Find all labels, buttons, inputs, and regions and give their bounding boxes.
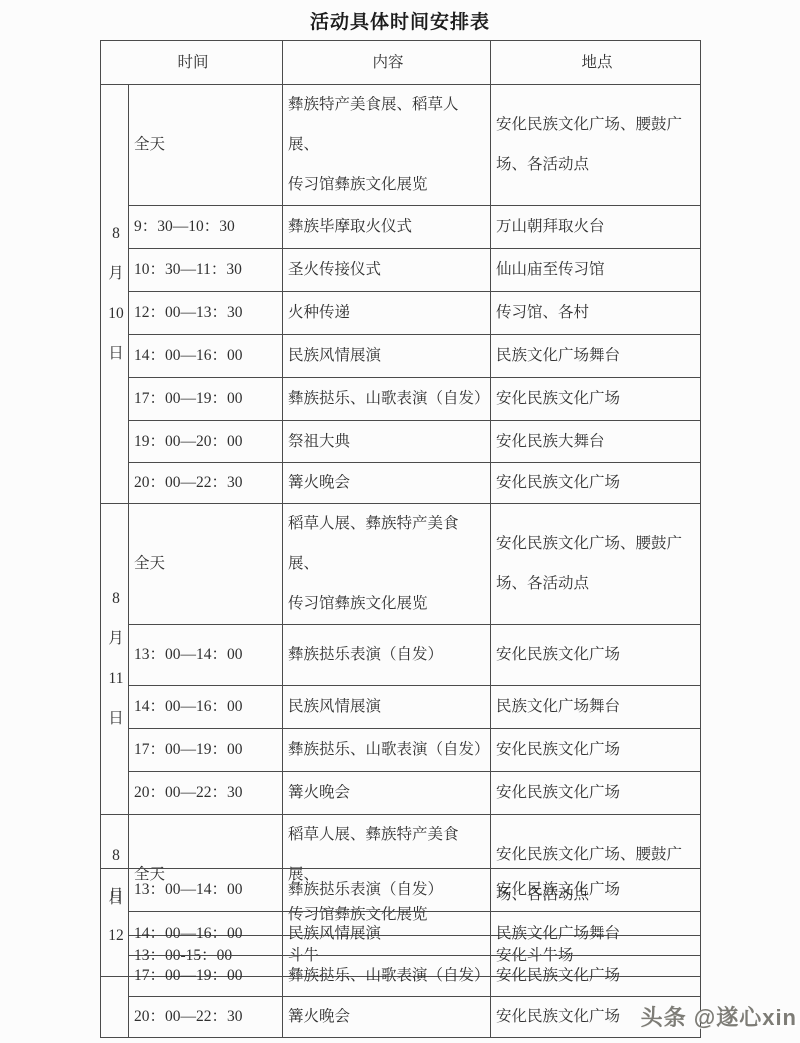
content-cell: 民族风情展演 (283, 686, 491, 729)
location-cell: 民族文化广场舞台 (491, 912, 701, 956)
time-cell: 全天 (129, 85, 283, 206)
location-cell: 安化民族文化广场 (491, 956, 701, 997)
time-cell: 17：00—19：00 (129, 956, 283, 997)
table-row: 17：00—19：00 彝族挞乐、山歌表演（自发） 安化民族文化广场 (101, 378, 701, 421)
location-cell: 安化民族文化广场 (491, 378, 701, 421)
content-cell: 祭祖大典 (283, 421, 491, 463)
content-cell: 篝火晚会 (283, 772, 491, 815)
location-cell: 安化民族文化广场 (491, 869, 701, 912)
table-row: 日 13：00—14：00 彝族挞乐表演（自发） 安化民族文化广场 (101, 869, 701, 912)
table-row: 8 月 11 日 全天 稻草人展、彝族特产美食展、 传习馆彝族文化展览 安化民族… (101, 504, 701, 625)
content-cell: 民族风情展演 (283, 335, 491, 378)
content-cell: 彝族挞乐表演（自发） (283, 869, 491, 912)
content-cell: 篝火晚会 (283, 997, 491, 1038)
location-cell: 安化民族文化广场、腰鼓广 场、各活动点 (491, 504, 701, 625)
time-cell: 13：00—14：00 (129, 869, 283, 912)
location-cell: 仙山庙至传习馆 (491, 249, 701, 292)
table-row: 14：00—16：00 民族风情展演 民族文化广场舞台 (101, 686, 701, 729)
page: 活动具体时间安排表 时间 内容 地点 8 月 10 日 全天 彝族特产美食展、稻… (0, 0, 800, 1043)
table-row: 14：00—16：00 民族风情展演 民族文化广场舞台 (101, 912, 701, 956)
time-cell: 9：30—10：30 (129, 206, 283, 249)
date-cell-continued: 日 (101, 869, 129, 1038)
date-cell-aug11: 8 月 11 日 (101, 504, 129, 815)
header-row: 时间 内容 地点 (101, 41, 701, 85)
table-row: 20：00—22：30 篝火晚会 安化民族文化广场 (101, 772, 701, 815)
location-cell: 民族文化广场舞台 (491, 686, 701, 729)
table-row: 10：30—11：30 圣火传接仪式 仙山庙至传习馆 (101, 249, 701, 292)
content-cell: 彝族挞乐、山歌表演（自发） (283, 956, 491, 997)
location-cell: 安化民族文化广场、腰鼓广 场、各活动点 (491, 85, 701, 206)
time-cell: 14：00—16：00 (129, 912, 283, 956)
time-cell: 20：00—22：30 (129, 997, 283, 1038)
location-cell: 传习馆、各村 (491, 292, 701, 335)
table-row: 19：00—20：00 祭祖大典 安化民族大舞台 (101, 421, 701, 463)
content-cell: 彝族挞乐表演（自发） (283, 625, 491, 686)
time-cell: 14：00—16：00 (129, 335, 283, 378)
schedule-table-part1: 时间 内容 地点 8 月 10 日 全天 彝族特产美食展、稻草人展、 传习馆彝族… (100, 40, 701, 977)
table-row: 9：30—10：30 彝族毕摩取火仪式 万山朝拜取火台 (101, 206, 701, 249)
header-time: 时间 (101, 41, 283, 85)
header-content: 内容 (283, 41, 491, 85)
time-cell: 13：00—14：00 (129, 625, 283, 686)
table-row: 20：00—22：30 篝火晚会 安化民族文化广场 (101, 463, 701, 504)
content-cell: 彝族挞乐、山歌表演（自发） (283, 378, 491, 421)
table-row: 14：00—16：00 民族风情展演 民族文化广场舞台 (101, 335, 701, 378)
location-cell: 安化民族大舞台 (491, 421, 701, 463)
table-row: 13：00—14：00 彝族挞乐表演（自发） 安化民族文化广场 (101, 625, 701, 686)
table-row: 20：00—22：30 篝火晚会 安化民族文化广场 (101, 997, 701, 1038)
location-cell: 民族文化广场舞台 (491, 335, 701, 378)
location-cell: 安化民族文化广场 (491, 729, 701, 772)
time-cell: 14：00—16：00 (129, 686, 283, 729)
location-cell: 安化民族文化广场 (491, 463, 701, 504)
date-cell-aug10: 8 月 10 日 (101, 85, 129, 504)
time-cell: 17：00—19：00 (129, 729, 283, 772)
content-cell: 彝族特产美食展、稻草人展、 传习馆彝族文化展览 (283, 85, 491, 206)
content-cell: 彝族毕摩取火仪式 (283, 206, 491, 249)
time-cell: 19：00—20：00 (129, 421, 283, 463)
location-cell: 安化民族文化广场 (491, 625, 701, 686)
page-title: 活动具体时间安排表 (0, 7, 800, 34)
table-row: 8 月 10 日 全天 彝族特产美食展、稻草人展、 传习馆彝族文化展览 安化民族… (101, 85, 701, 206)
content-cell: 稻草人展、彝族特产美食展、 传习馆彝族文化展览 (283, 504, 491, 625)
schedule-table-part2: 日 13：00—14：00 彝族挞乐表演（自发） 安化民族文化广场 14：00—… (100, 868, 701, 1038)
time-cell: 全天 (129, 504, 283, 625)
header-location: 地点 (491, 41, 701, 85)
time-cell: 20：00—22：30 (129, 463, 283, 504)
time-cell: 20：00—22：30 (129, 772, 283, 815)
table-row: 12：00—13：30 火种传递 传习馆、各村 (101, 292, 701, 335)
watermark: 头条 @遂心xin (641, 1001, 797, 1032)
time-cell: 10：30—11：30 (129, 249, 283, 292)
content-cell: 民族风情展演 (283, 912, 491, 956)
location-cell: 安化民族文化广场 (491, 772, 701, 815)
content-cell: 火种传递 (283, 292, 491, 335)
time-cell: 17：00—19：00 (129, 378, 283, 421)
time-cell: 12：00—13：30 (129, 292, 283, 335)
content-cell: 篝火晚会 (283, 463, 491, 504)
content-cell: 圣火传接仪式 (283, 249, 491, 292)
table-row: 17：00—19：00 彝族挞乐、山歌表演（自发） 安化民族文化广场 (101, 956, 701, 997)
content-cell: 彝族挞乐、山歌表演（自发） (283, 729, 491, 772)
location-cell: 万山朝拜取火台 (491, 206, 701, 249)
table-row: 17：00—19：00 彝族挞乐、山歌表演（自发） 安化民族文化广场 (101, 729, 701, 772)
